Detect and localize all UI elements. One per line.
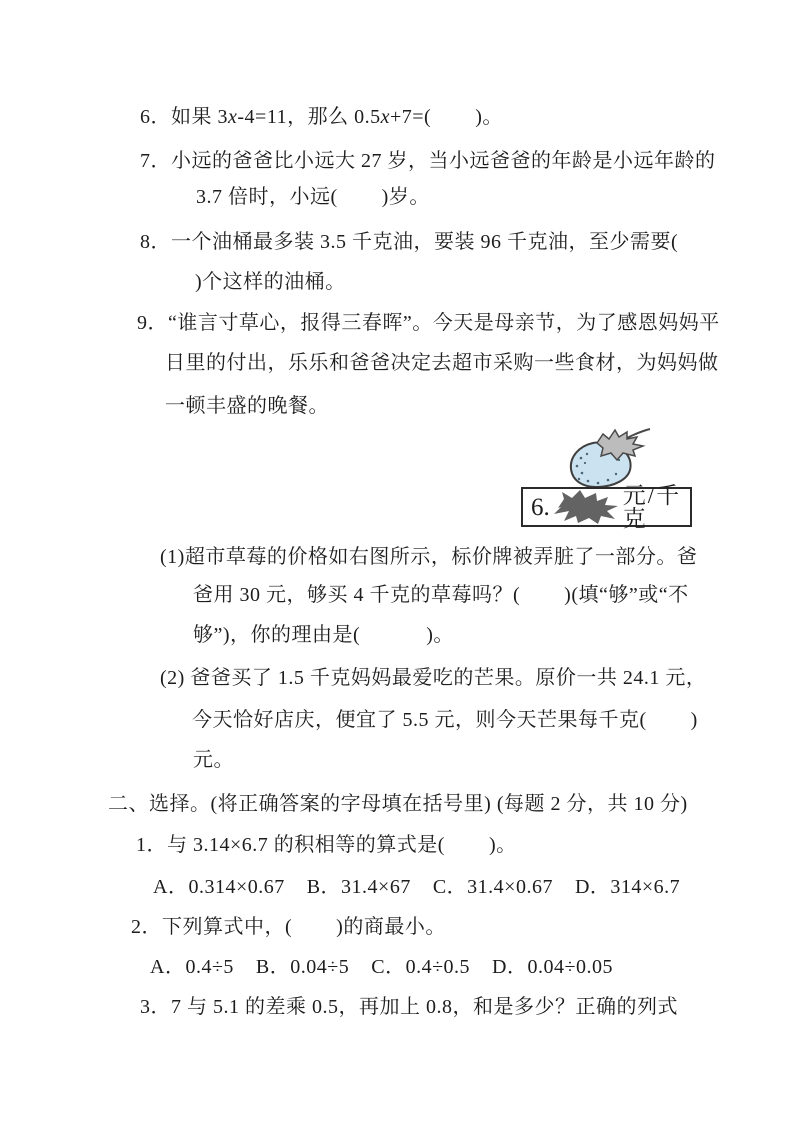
strawberry-price-figure: 6. 元/千克 — [515, 425, 697, 531]
question-9-sub1-line-1: (1)超市草莓的价格如右图所示，标价牌被弄脏了一部分。爸 — [160, 543, 697, 571]
price-tag-unit: 元/千克 — [623, 484, 686, 530]
question-6: 6．如果 3x-4=11，那么 0.5x+7=( )。 — [140, 103, 503, 131]
price-tag: 6. 元/千克 — [521, 487, 692, 527]
choice-3-stem: 3．7 与 5.1 的差乘 0.5，再加上 0.8，和是多少？正确的列式 — [140, 993, 678, 1021]
question-9-line-2: 日里的付出，乐乐和爸爸决定去超市采购一些食材，为妈妈做 — [165, 349, 719, 377]
question-6-text: +7=( )。 — [390, 106, 503, 128]
question-9-sub1-line-2: 爸用 30 元，够买 4 千克的草莓吗？( )(填“够”或“不 — [193, 581, 689, 609]
math-variable-x: x — [381, 106, 390, 128]
choice-2-options: A．0.4÷5 B．0.04÷5 C．0.4÷0.5 D．0.04÷0.05 — [150, 953, 613, 981]
choice-1-options: A．0.314×0.67 B．31.4×67 C．31.4×0.67 D．314… — [153, 873, 680, 901]
section-two-heading: 二、选择。(将正确答案的字母填在括号里) (每题 2 分，共 10 分) — [108, 790, 688, 818]
question-7-line-2: 3.7 倍时，小远( )岁。 — [196, 183, 430, 211]
strawberry-icon — [563, 427, 659, 489]
question-9-sub2-line-3: 元。 — [193, 746, 234, 774]
question-7-line-1: 7．小远的爸爸比小远大 27 岁，当小远爸爸的年龄是小远年龄的 — [140, 147, 716, 175]
question-6-text: -4=11，那么 0.5 — [237, 106, 380, 128]
question-8-line-2: )个这样的油桶。 — [195, 268, 346, 296]
question-9-sub2-line-1: (2) 爸爸买了 1.5 千克妈妈最爱吃的芒果。原价一共 24.1 元， — [160, 664, 706, 692]
math-variable-x: x — [228, 106, 237, 128]
question-9-line-1: 9．“谁言寸草心，报得三春晖”。今天是母亲节，为了感恩妈妈平 — [137, 309, 720, 337]
question-8-line-1: 8．一个油桶最多装 3.5 千克油，要装 96 千克油，至少需要( — [140, 228, 678, 256]
exam-paper-page: 6．如果 3x-4=11，那么 0.5x+7=( )。 7．小远的爸爸比小远大 … — [0, 0, 793, 1122]
price-tag-number: 6. — [531, 495, 550, 520]
question-9-sub2-line-2: 今天恰好店庆，便宜了 5.5 元，则今天芒果每千克( ) — [192, 706, 698, 734]
choice-1-stem: 1．与 3.14×6.7 的积相等的算式是( )。 — [136, 831, 517, 859]
question-9-line-3: 一顿丰盛的晚餐。 — [165, 392, 329, 420]
question-6-text: 6．如果 3 — [140, 106, 228, 128]
strawberry-stem — [627, 429, 650, 438]
question-9-sub1-line-3: 够”)，你的理由是( )。 — [193, 621, 454, 649]
choice-2-stem: 2．下列算式中，( )的商最小。 — [131, 913, 446, 941]
ink-smudge-icon — [554, 490, 620, 524]
